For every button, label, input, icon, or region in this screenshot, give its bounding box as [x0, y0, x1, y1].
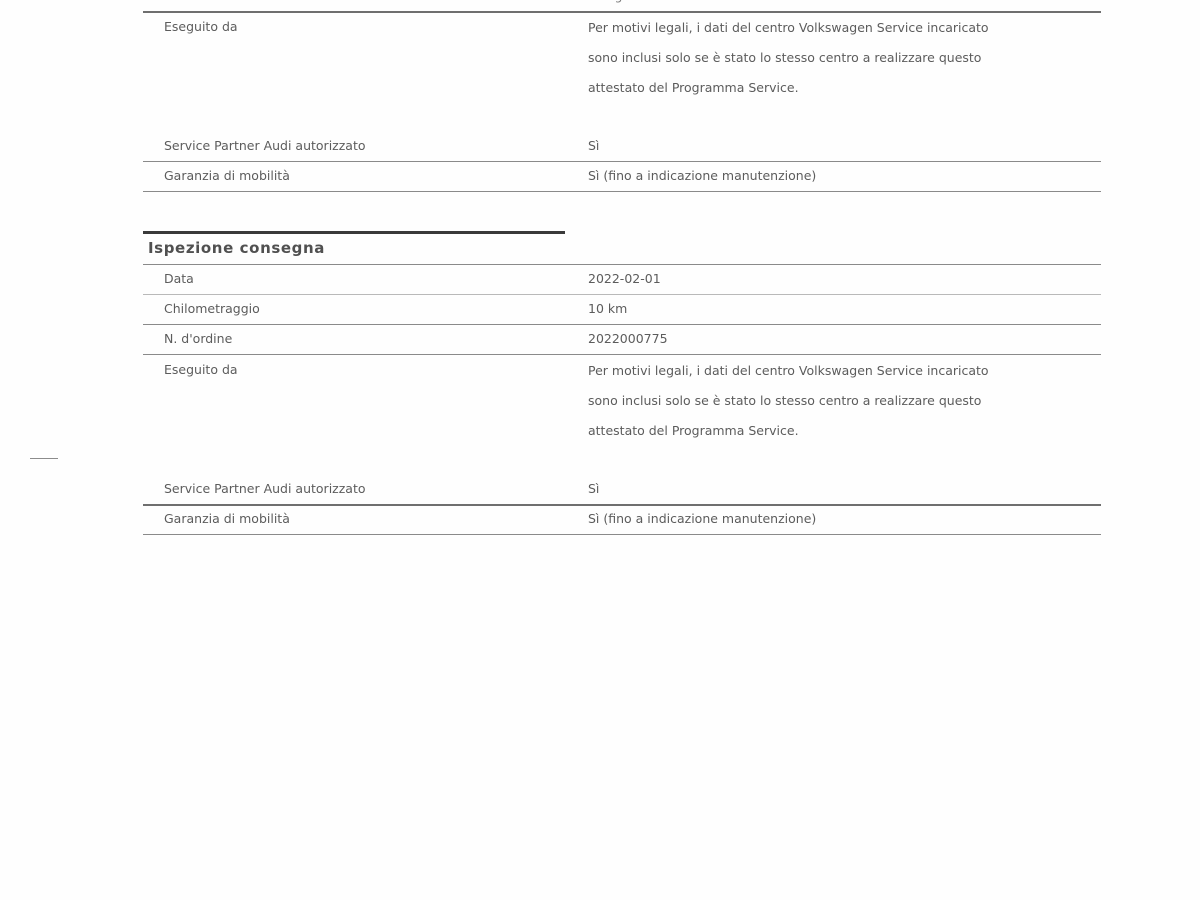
divider [143, 324, 1101, 325]
row-value-chilometraggio: 10 km [588, 301, 627, 316]
divider [143, 354, 1101, 355]
divider [143, 504, 1101, 506]
divider [143, 161, 1101, 162]
divider [143, 534, 1101, 535]
row-label-garanzia-mobilita: Garanzia di mobilità [164, 168, 290, 183]
row-label-service-partner: Service Partner Audi autorizzato [164, 138, 366, 153]
row-value-service-partner: Sì [588, 138, 599, 153]
value-line: attestato del Programma Service. [588, 422, 989, 452]
scanned-document-page: Agente Assistenza Eseguito da Per motivi… [0, 0, 1200, 900]
section-title: Ispezione consegna [148, 239, 325, 257]
row-label-garanzia-mobilita: Garanzia di mobilità [164, 511, 290, 526]
divider [143, 191, 1101, 192]
row-label-data: Data [164, 271, 194, 286]
value-line: Per motivi legali, i dati del centro Vol… [588, 19, 989, 49]
value-line: sono inclusi solo se è stato lo stesso c… [588, 392, 989, 422]
row-value-n-ordine: 2022000775 [588, 331, 668, 346]
row-value-eseguito-da: Per motivi legali, i dati del centro Vol… [588, 362, 989, 452]
section-header-bar [143, 231, 565, 234]
value-line: attestato del Programma Service. [588, 79, 989, 109]
divider [143, 11, 1101, 13]
row-label-n-ordine: N. d'ordine [164, 331, 232, 346]
scan-artifact [30, 458, 58, 459]
row-value-garanzia-mobilita: Sì (fino a indicazione manutenzione) [588, 168, 816, 183]
value-line: sono inclusi solo se è stato lo stesso c… [588, 49, 989, 79]
row-label-service-partner: Service Partner Audi autorizzato [164, 481, 366, 496]
partial-top-value: Agente Assistenza [606, 0, 721, 3]
value-line: Per motivi legali, i dati del centro Vol… [588, 362, 989, 392]
row-label-eseguito-da: Eseguito da [164, 19, 238, 34]
divider [143, 264, 1101, 265]
row-value-service-partner: Sì [588, 481, 599, 496]
row-value-garanzia-mobilita: Sì (fino a indicazione manutenzione) [588, 511, 816, 526]
row-value-data: 2022-02-01 [588, 271, 661, 286]
row-label-eseguito-da: Eseguito da [164, 362, 238, 377]
divider [143, 294, 1101, 295]
row-value-eseguito-da: Per motivi legali, i dati del centro Vol… [588, 19, 989, 109]
row-label-chilometraggio: Chilometraggio [164, 301, 260, 316]
